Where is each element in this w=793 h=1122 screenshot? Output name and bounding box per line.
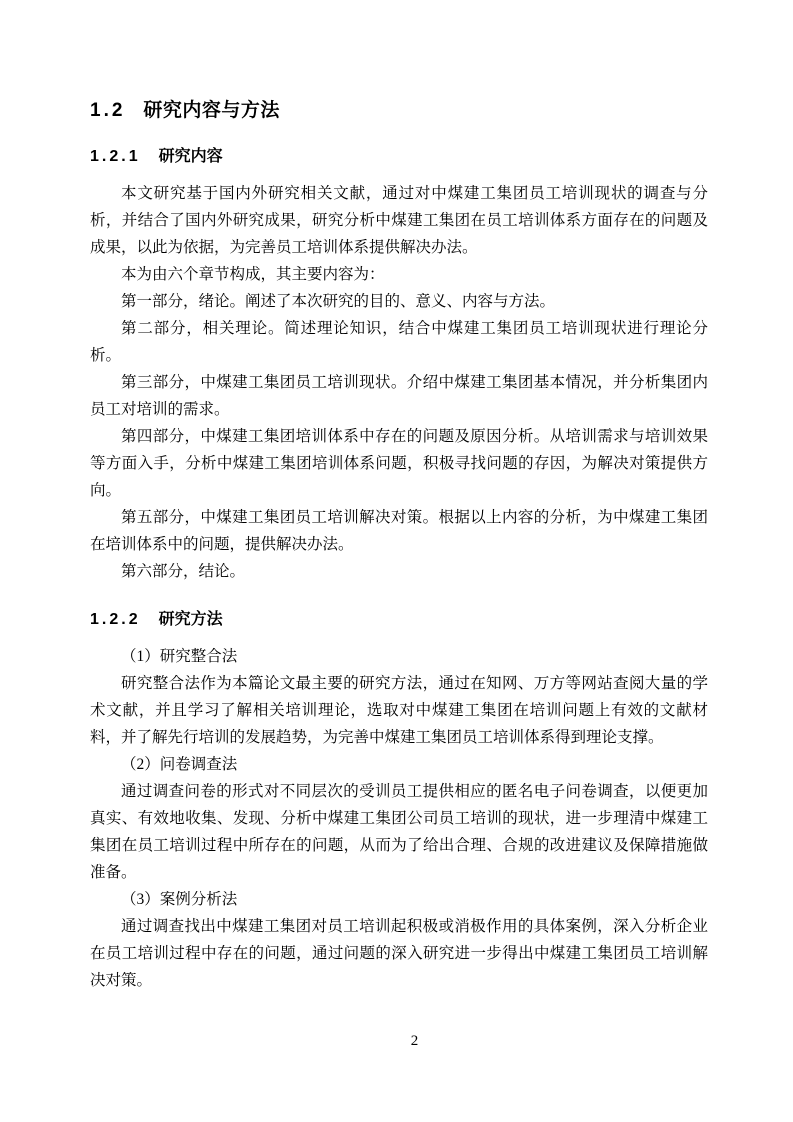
paragraph: 第一部分，绪论。阐述了本次研究的目的、意义、内容与方法。 — [90, 288, 708, 315]
paragraph: 第二部分，相关理论。简述理论知识，结合中煤建工集团员工培训现状进行理论分析。 — [90, 315, 708, 369]
document-page: 1.2研究内容与方法 1.2.1研究内容 本文研究基于国内外研究相关文献，通过对… — [0, 0, 793, 1122]
section-number: 1.2 — [90, 100, 125, 121]
paragraph: 第六部分，结论。 — [90, 558, 708, 585]
subsection-1-2-1-body: 本文研究基于国内外研究相关文献，通过对中煤建工集团员工培训现状的调查与分析，并结… — [90, 180, 708, 585]
paragraph: 第五部分，中煤建工集团员工培训解决对策。根据以上内容的分析，为中煤建工集团在培训… — [90, 504, 708, 558]
page-number: 2 — [18, 1031, 793, 1051]
paragraph: 通过调查问卷的形式对不同层次的受训员工提供相应的匿名电子问卷调查，以便更加真实、… — [90, 778, 708, 886]
subsection-1-2-2-body: （1）研究整合法 研究整合法作为本篇论文最主要的研究方法，通过在知网、万方等网站… — [90, 643, 708, 994]
paragraph: 通过调查找出中煤建工集团对员工培训起积极或消极作用的具体案例，深入分析企业在员工… — [90, 913, 708, 994]
section-heading-1-2: 1.2研究内容与方法 — [90, 99, 708, 123]
subsection-heading-1-2-2: 1.2.2研究方法 — [90, 610, 708, 630]
subsection-title: 研究内容 — [159, 148, 223, 165]
subsection-heading-1-2-1: 1.2.1研究内容 — [90, 147, 708, 167]
paragraph: 研究整合法作为本篇论文最主要的研究方法，通过在知网、万方等网站查阅大量的学术文献… — [90, 670, 708, 751]
subsection-title: 研究方法 — [159, 611, 223, 628]
section-title: 研究内容与方法 — [143, 100, 280, 121]
paragraph: 第三部分，中煤建工集团员工培训现状。介绍中煤建工集团基本情况，并分析集团内员工对… — [90, 369, 708, 423]
paragraph: 本文研究基于国内外研究相关文献，通过对中煤建工集团员工培训现状的调查与分析，并结… — [90, 180, 708, 261]
paragraph: （3）案例分析法 — [90, 886, 708, 913]
page-content: 1.2研究内容与方法 1.2.1研究内容 本文研究基于国内外研究相关文献，通过对… — [90, 99, 708, 994]
paragraph: （1）研究整合法 — [90, 643, 708, 670]
paragraph: 本为由六个章节构成，其主要内容为： — [90, 261, 708, 288]
subsection-number: 1.2.1 — [90, 148, 141, 165]
paragraph: 第四部分，中煤建工集团培训体系中存在的问题及原因分析。从培训需求与培训效果等方面… — [90, 423, 708, 504]
paragraph: （2）问卷调查法 — [90, 751, 708, 778]
subsection-number: 1.2.2 — [90, 611, 141, 628]
